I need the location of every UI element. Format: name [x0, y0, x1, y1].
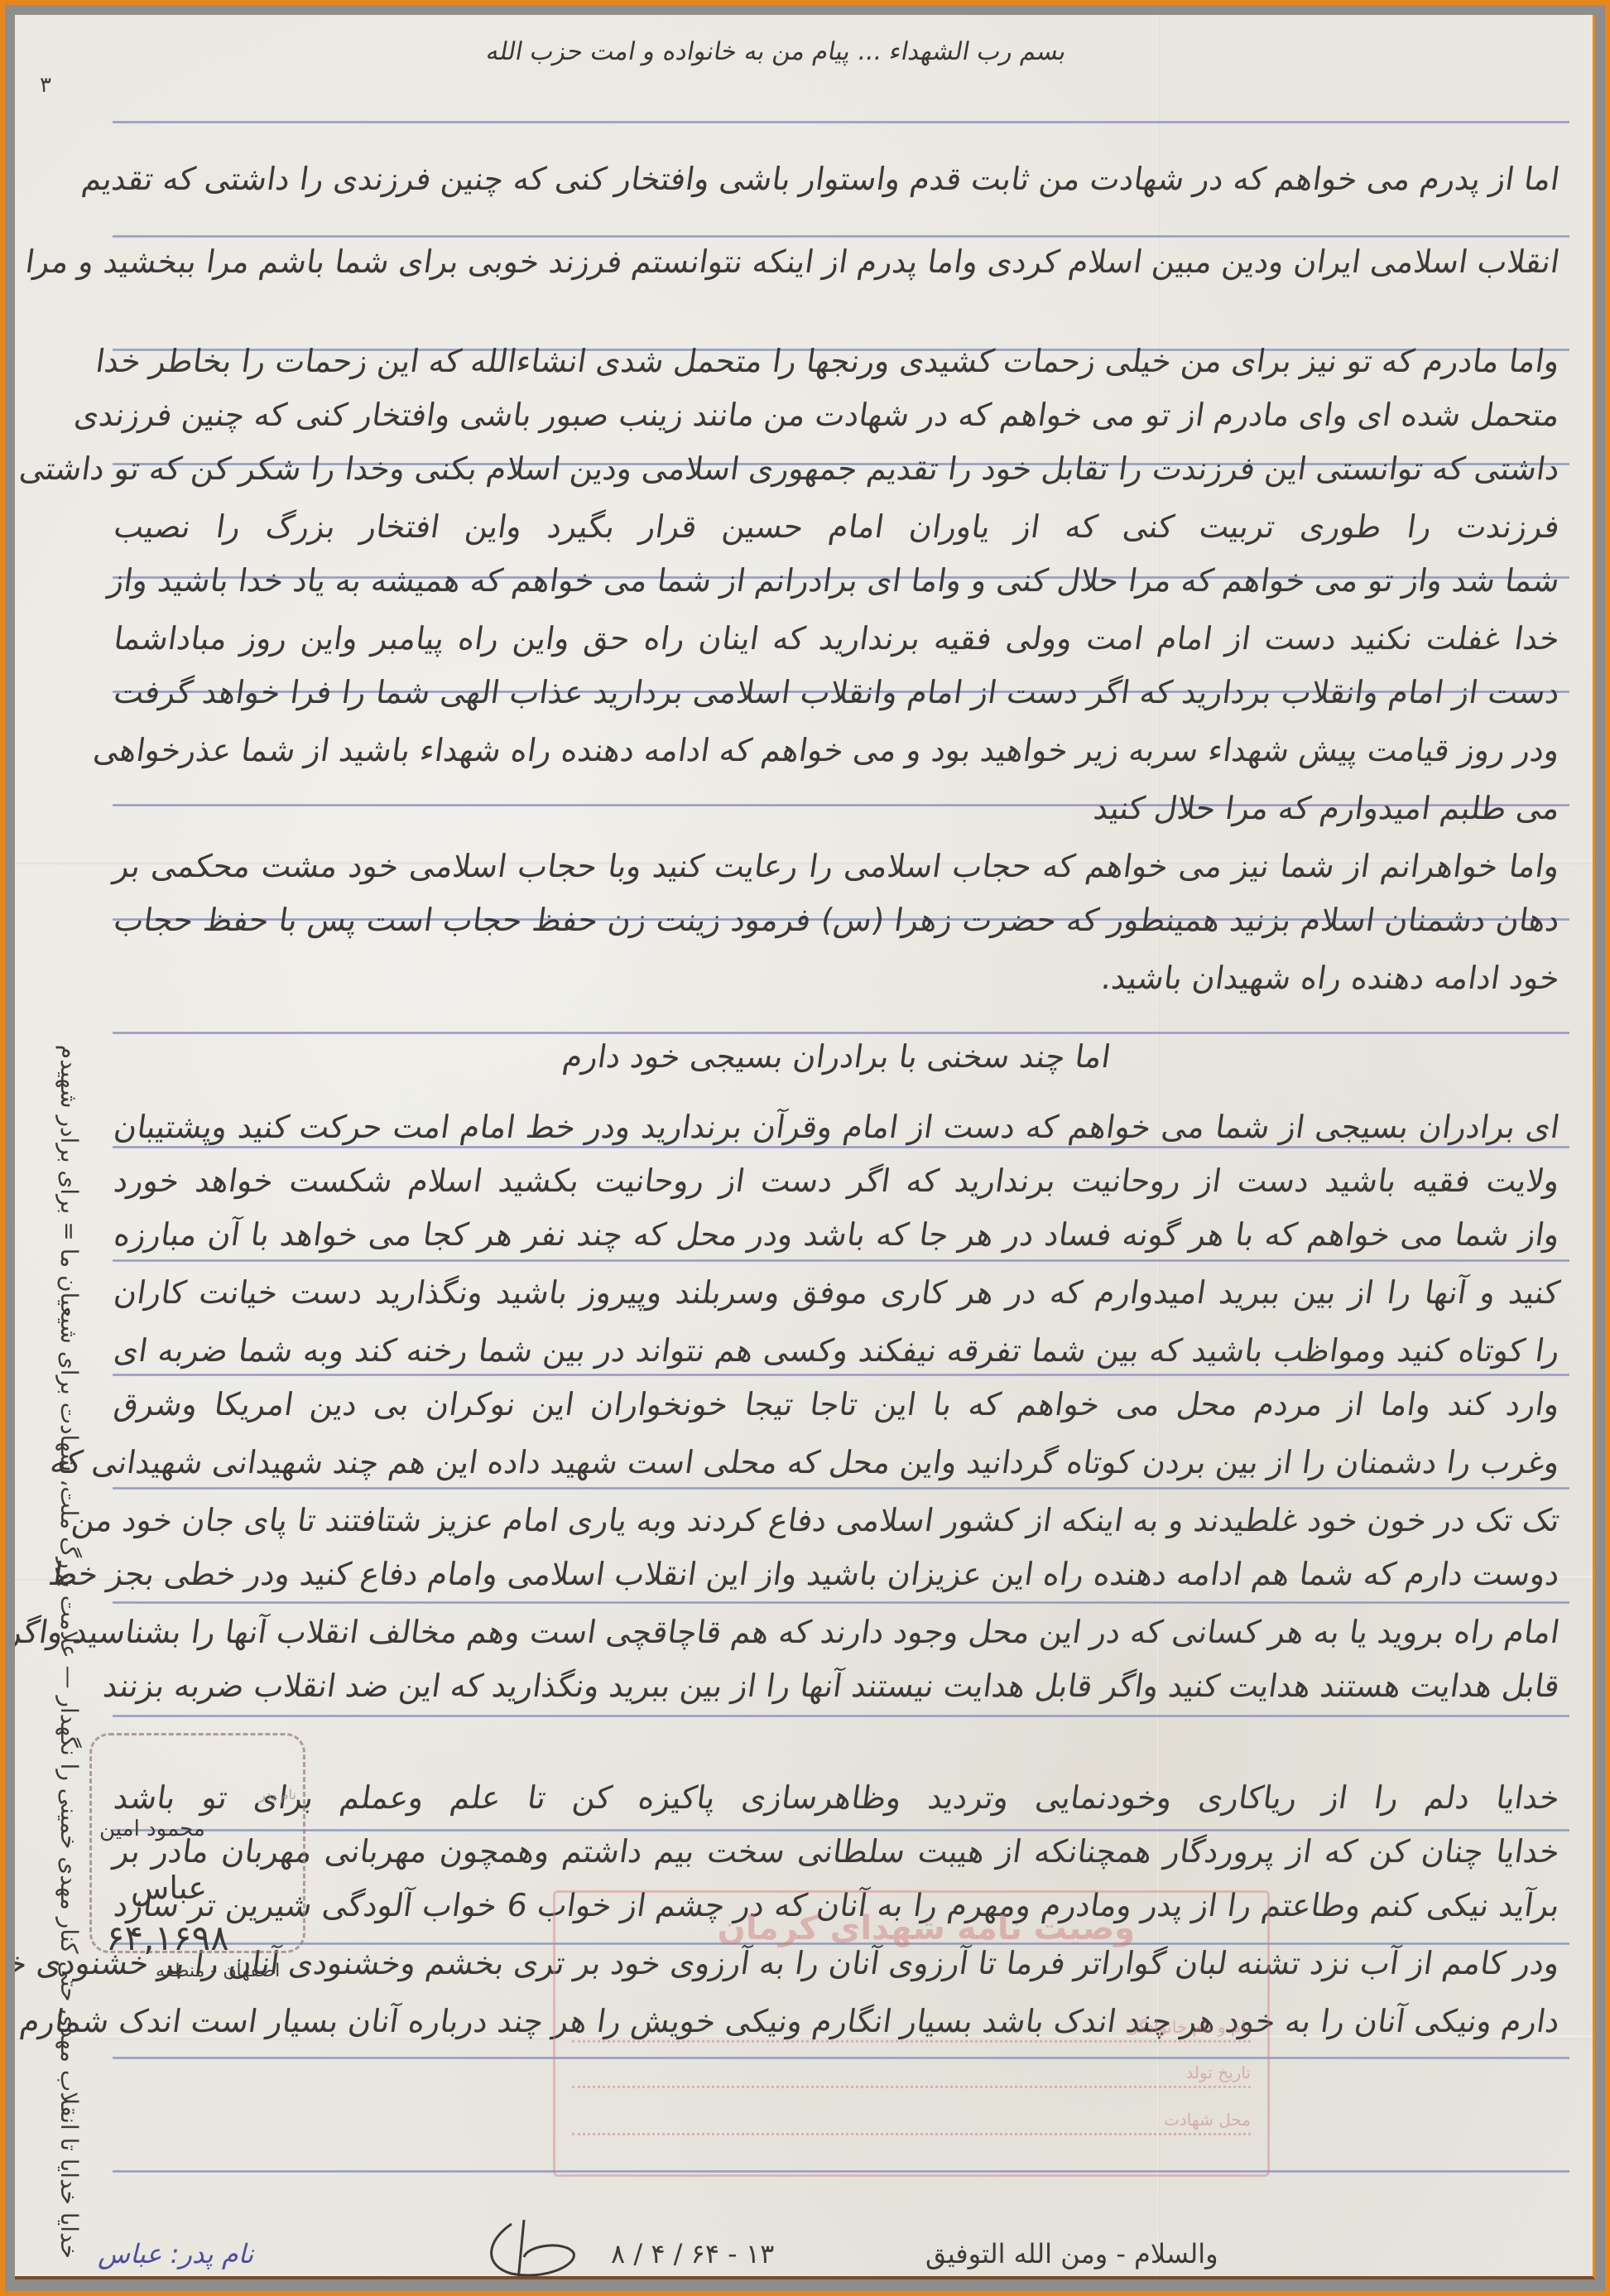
handwritten-line: فرزندت را طوری تربیت کنی که از یاوران ام… — [111, 503, 1563, 550]
ruled-line — [113, 1715, 1569, 1717]
handwritten-line: واما خواهرانم از شما نیز می خواهم که حجا… — [111, 843, 1563, 889]
stamp-writer-name: محمود امین — [99, 1817, 205, 1841]
handwritten-line: واز شما می خواهم که با هر گونه فساد در ه… — [111, 1211, 1563, 1258]
footer-closing: والسلام - ومن الله التوفیق — [925, 2238, 1218, 2270]
watermark-field: تاریخ تولد — [572, 2063, 1251, 2088]
handwritten-line: دهان دشمنان اسلام بزنید همینطور که حضرت … — [111, 897, 1563, 943]
handwritten-line: متحمل شده ای وای مادرم از تو می خواهم که… — [111, 392, 1563, 438]
handwritten-line: اما از پدرم می خواهم که در شهادت من ثابت… — [111, 156, 1563, 202]
handwritten-line: خود ادامه دهنده راه شهیدان باشید. — [111, 955, 1563, 1001]
handwritten-line: تک تک در خون خود غلطیدند و به اینکه از ک… — [111, 1497, 1563, 1543]
signature-mark — [478, 2216, 586, 2279]
handwritten-line: امام راه بروید یا به هر کسانی که در این … — [310, 1609, 1563, 1655]
paper-sheet: بسم رب الشهداء ... پیام من به خانواده و … — [15, 15, 1595, 2279]
footer-date: ۸ / ۴ / ۶۴ - ۱۳ — [611, 2238, 774, 2270]
ruled-line — [113, 1487, 1569, 1490]
handwritten-line: قابل هدایت هستند هدایت کنید واگر قابل هد… — [310, 1663, 1563, 1709]
handwritten-line: ای برادران بسیجی از شما می خواهم که دست … — [111, 1104, 1563, 1150]
handwritten-line: دست از امام وانقلاب بردارید که اگر دست ا… — [111, 669, 1563, 715]
stamp-label: نام پدر — [99, 1787, 296, 1803]
handwritten-line: دوست دارم که شما هم ادامه دهنده راه این … — [111, 1551, 1563, 1597]
handwritten-line: ولایت فقیه باشید دست از روحانیت برندارید… — [111, 1158, 1563, 1204]
ruled-line — [113, 235, 1569, 238]
handwritten-line: شما شد واز تو می خواهم که مرا حلال کنی و… — [111, 557, 1563, 604]
handwritten-line: خدا غفلت نکنید دست از امام امت وولی فقیه… — [111, 615, 1563, 662]
handwritten-line: اما چند سخنی با برادران بسیجی خود دارم — [111, 1033, 1563, 1080]
page-number: ۳ — [40, 73, 51, 98]
stamp-note: اصفهان - منطقه — [156, 1961, 280, 1981]
watermark-stamp: وصیت نامه شهدای کرمان نام و نام خانوادگی… — [553, 1890, 1270, 2177]
stamp-given-name: عباس — [131, 1870, 207, 1906]
ruled-line — [113, 1601, 1569, 1604]
handwritten-line: می طلبم امیدوارم که مرا حلال کنید — [111, 785, 1563, 831]
handwritten-line: خدایا چنان کن که از پروردگار همچنانکه از… — [111, 1828, 1563, 1875]
handwritten-line: خدایا دلم را از ریاکاری وخودنمایی وتردید… — [111, 1774, 1563, 1821]
handwritten-line: ودر روز قیامت پیش شهداء سربه زیر خواهید … — [111, 727, 1563, 773]
ruled-line — [113, 121, 1569, 123]
handwritten-line: واما مادرم که تو نیز برای من خیلی زحمات … — [111, 338, 1563, 384]
header-note: بسم رب الشهداء ... پیام من به خانواده و … — [70, 33, 1069, 71]
handwritten-line: انقلاب اسلامی ایران ودین مبین اسلام کردی… — [111, 238, 1563, 285]
ruled-line — [113, 1259, 1569, 1262]
scan-frame: بسم رب الشهداء ... پیام من به خانواده و … — [0, 0, 1610, 2296]
watermark-field: نام و نام خانوادگی — [572, 2017, 1251, 2043]
watermark-title: وصیت نامه شهدای کرمان — [718, 1909, 1135, 1947]
watermark-field: محل شهادت — [572, 2110, 1251, 2135]
handwritten-line: وارد کند واما از مردم محل می خواهم که با… — [111, 1381, 1563, 1427]
stamp-number: ۶۴,۱۶۹۸ — [106, 1918, 229, 1958]
handwritten-line: داشتی که توانستی این فرزندت را تقابل خود… — [111, 445, 1563, 492]
footer-writer-name: نام پدر: عباس — [98, 2238, 253, 2270]
handwritten-line: کنید و آنها را از بین ببرید امیدوارم که … — [111, 1269, 1563, 1316]
handwritten-line: را کوتاه کنید ومواظب باشید که بین شما تف… — [111, 1327, 1563, 1374]
handwritten-line: وغرب را دشمنان را از بین بردن کوتاه گردا… — [111, 1439, 1563, 1485]
